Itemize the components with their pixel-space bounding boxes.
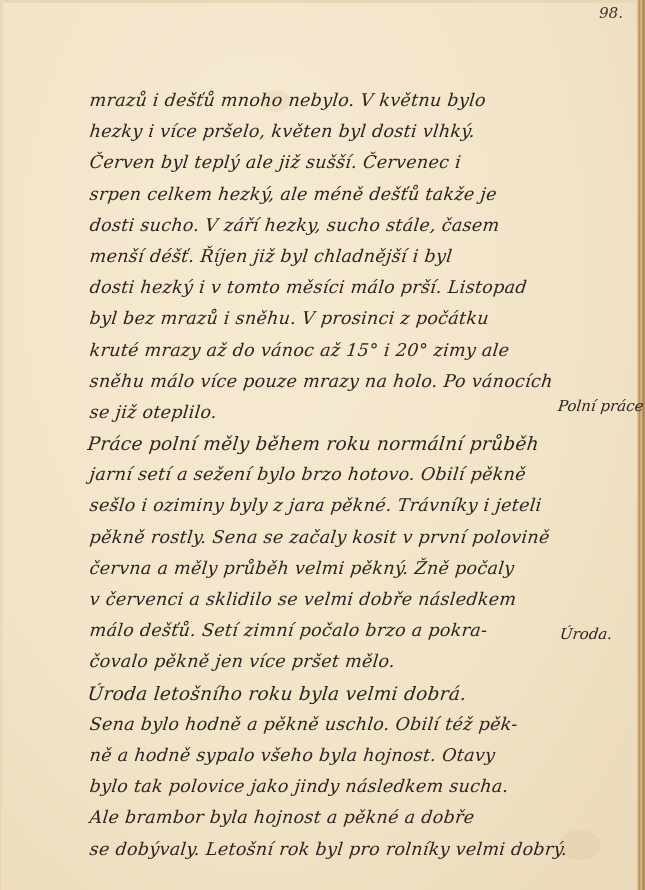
text-line: kruté mrazy až do vánoc až 15° i 20° zim… (88, 336, 561, 367)
text-line: bylo tak polovice jako jindy následkem s… (88, 772, 561, 803)
text-line: Červen byl teplý ale již sušší. Červenec… (88, 148, 561, 179)
text-line: v červenci a sklidilo se velmi dobře nás… (88, 585, 561, 616)
chronicle-page: 98. mrazů i dešťů mnoho nebylo. V květnu… (0, 0, 645, 890)
text-line: jarní setí a sežení bylo brzo hotovo. Ob… (88, 460, 561, 491)
text-line: málo dešťů. Setí zimní počalo brzo a pok… (88, 616, 561, 647)
page-number: 98. (599, 4, 623, 22)
text-line: sešlo i oziminy byly z jara pěkné. Trávn… (88, 491, 561, 522)
text-line: Sena bylo hodně a pěkně uschlo. Obilí té… (88, 710, 561, 741)
book-binding-edge (637, 0, 645, 890)
paragraph-start-field-work: Práce polní měly během roku normální prů… (86, 429, 561, 460)
text-line: sněhu málo více pouze mrazy na holo. Po … (88, 367, 561, 398)
page-left-edge (0, 0, 4, 890)
text-line: června a měly průběh velmi pěkný. Žně po… (88, 554, 561, 585)
text-line: dosti sucho. V září hezky, sucho stále, … (88, 211, 561, 242)
text-line: dosti hezký i v tomto měsíci málo prší. … (88, 273, 561, 304)
margin-note-field-work: Polní práce (557, 397, 644, 415)
text-line: hezky i více pršelo, květen byl dosti vl… (88, 117, 561, 148)
margin-note-harvest: Úroda. (559, 625, 613, 643)
paragraph-start-harvest: Úroda letošního roku byla velmi dobrá. (86, 679, 561, 710)
text-line: se již oteplilo. (88, 398, 561, 429)
page-top-edge (0, 0, 645, 3)
text-line: Ale brambor byla hojnost a pěkné a dobře (88, 803, 561, 834)
text-line: byl bez mrazů i sněhu. V prosinci z počá… (88, 304, 561, 335)
text-line: ně a hodně sypalo všeho byla hojnost. Ot… (88, 741, 561, 772)
handwritten-main-text: mrazů i dešťů mnoho nebylo. V květnu byl… (88, 86, 558, 866)
text-line: mrazů i dešťů mnoho nebylo. V květnu byl… (88, 86, 561, 117)
text-line: se dobývaly. Letošní rok byl pro rolníky… (88, 835, 561, 866)
text-line: menší déšť. Říjen již byl chladnější i b… (88, 242, 561, 273)
text-line: srpen celkem hezký, ale méně dešťů takže… (88, 180, 561, 211)
text-line: pěkně rostly. Sena se začaly kosit v prv… (88, 523, 561, 554)
text-line: čovalo pěkně jen více pršet mělo. (88, 647, 561, 678)
